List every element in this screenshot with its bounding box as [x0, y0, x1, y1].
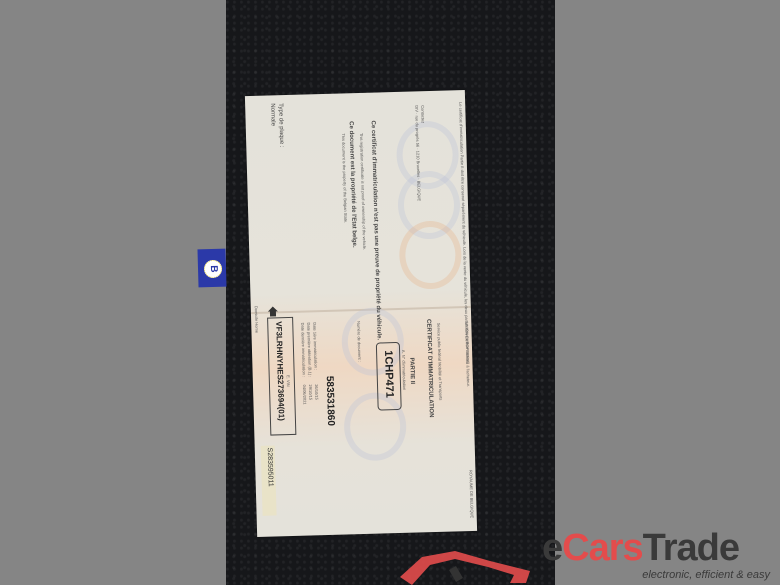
registration-certificate: Le certificat d'immatriculation Partie I…: [245, 90, 477, 537]
eu-flag-belgium: B: [197, 249, 226, 288]
last-registration-date: 04/06/2021: [302, 385, 308, 405]
header-left: UNION EUROPEENNE: [464, 322, 470, 364]
certificate-part: PARTIE II: [408, 358, 415, 385]
ownership-notice-en: This registration certificate is not pro…: [359, 133, 367, 250]
left-margin-bar: [0, 0, 226, 585]
car-logo-icon: [400, 537, 540, 585]
watermark-circle: [398, 220, 462, 290]
certificate-title: CERTIFICAT D'IMMATRICULATION: [425, 319, 434, 418]
brand-tagline: electronic, efficient & easy: [642, 569, 770, 581]
header-right: ROYAUME DE BELGIQUE: [468, 470, 474, 518]
brand-cars: Cars: [562, 527, 643, 569]
first-registration-label: Date 1ère immatriculation :: [312, 322, 318, 370]
plate-type-value: Normale: [269, 103, 276, 126]
home-icon: [267, 305, 279, 317]
brand-e: e: [542, 527, 562, 569]
property-notice-fr: Ce document est la propriété de l'Etat b…: [348, 121, 358, 248]
brand-name: eCarsTrade: [542, 527, 739, 570]
flag-letter: B: [204, 260, 222, 278]
issuer: Service public fédéral Mobilité et Trans…: [436, 323, 443, 401]
right-margin-bar: [555, 0, 780, 585]
contact-label: Contactez: [420, 105, 426, 123]
plate-number: 1CHP471: [382, 350, 395, 398]
plate-type-label: Type de plaque :: [277, 103, 284, 148]
document-number: 583531860: [324, 376, 336, 426]
serial-number: S283595011: [266, 448, 274, 487]
brand-trade: Trade: [643, 527, 739, 569]
vin-label: E. VIN: [286, 375, 291, 387]
plate-label: A. N° d'immatriculation: [401, 350, 407, 390]
first-registration-be-date: 29/10/15: [308, 384, 313, 400]
home-label: Domicile Home: [254, 306, 260, 333]
ecarstrade-watermark: eCarsTrade electronic, efficient & easy: [400, 527, 780, 585]
first-registration-date: 26/10/15: [314, 384, 319, 400]
